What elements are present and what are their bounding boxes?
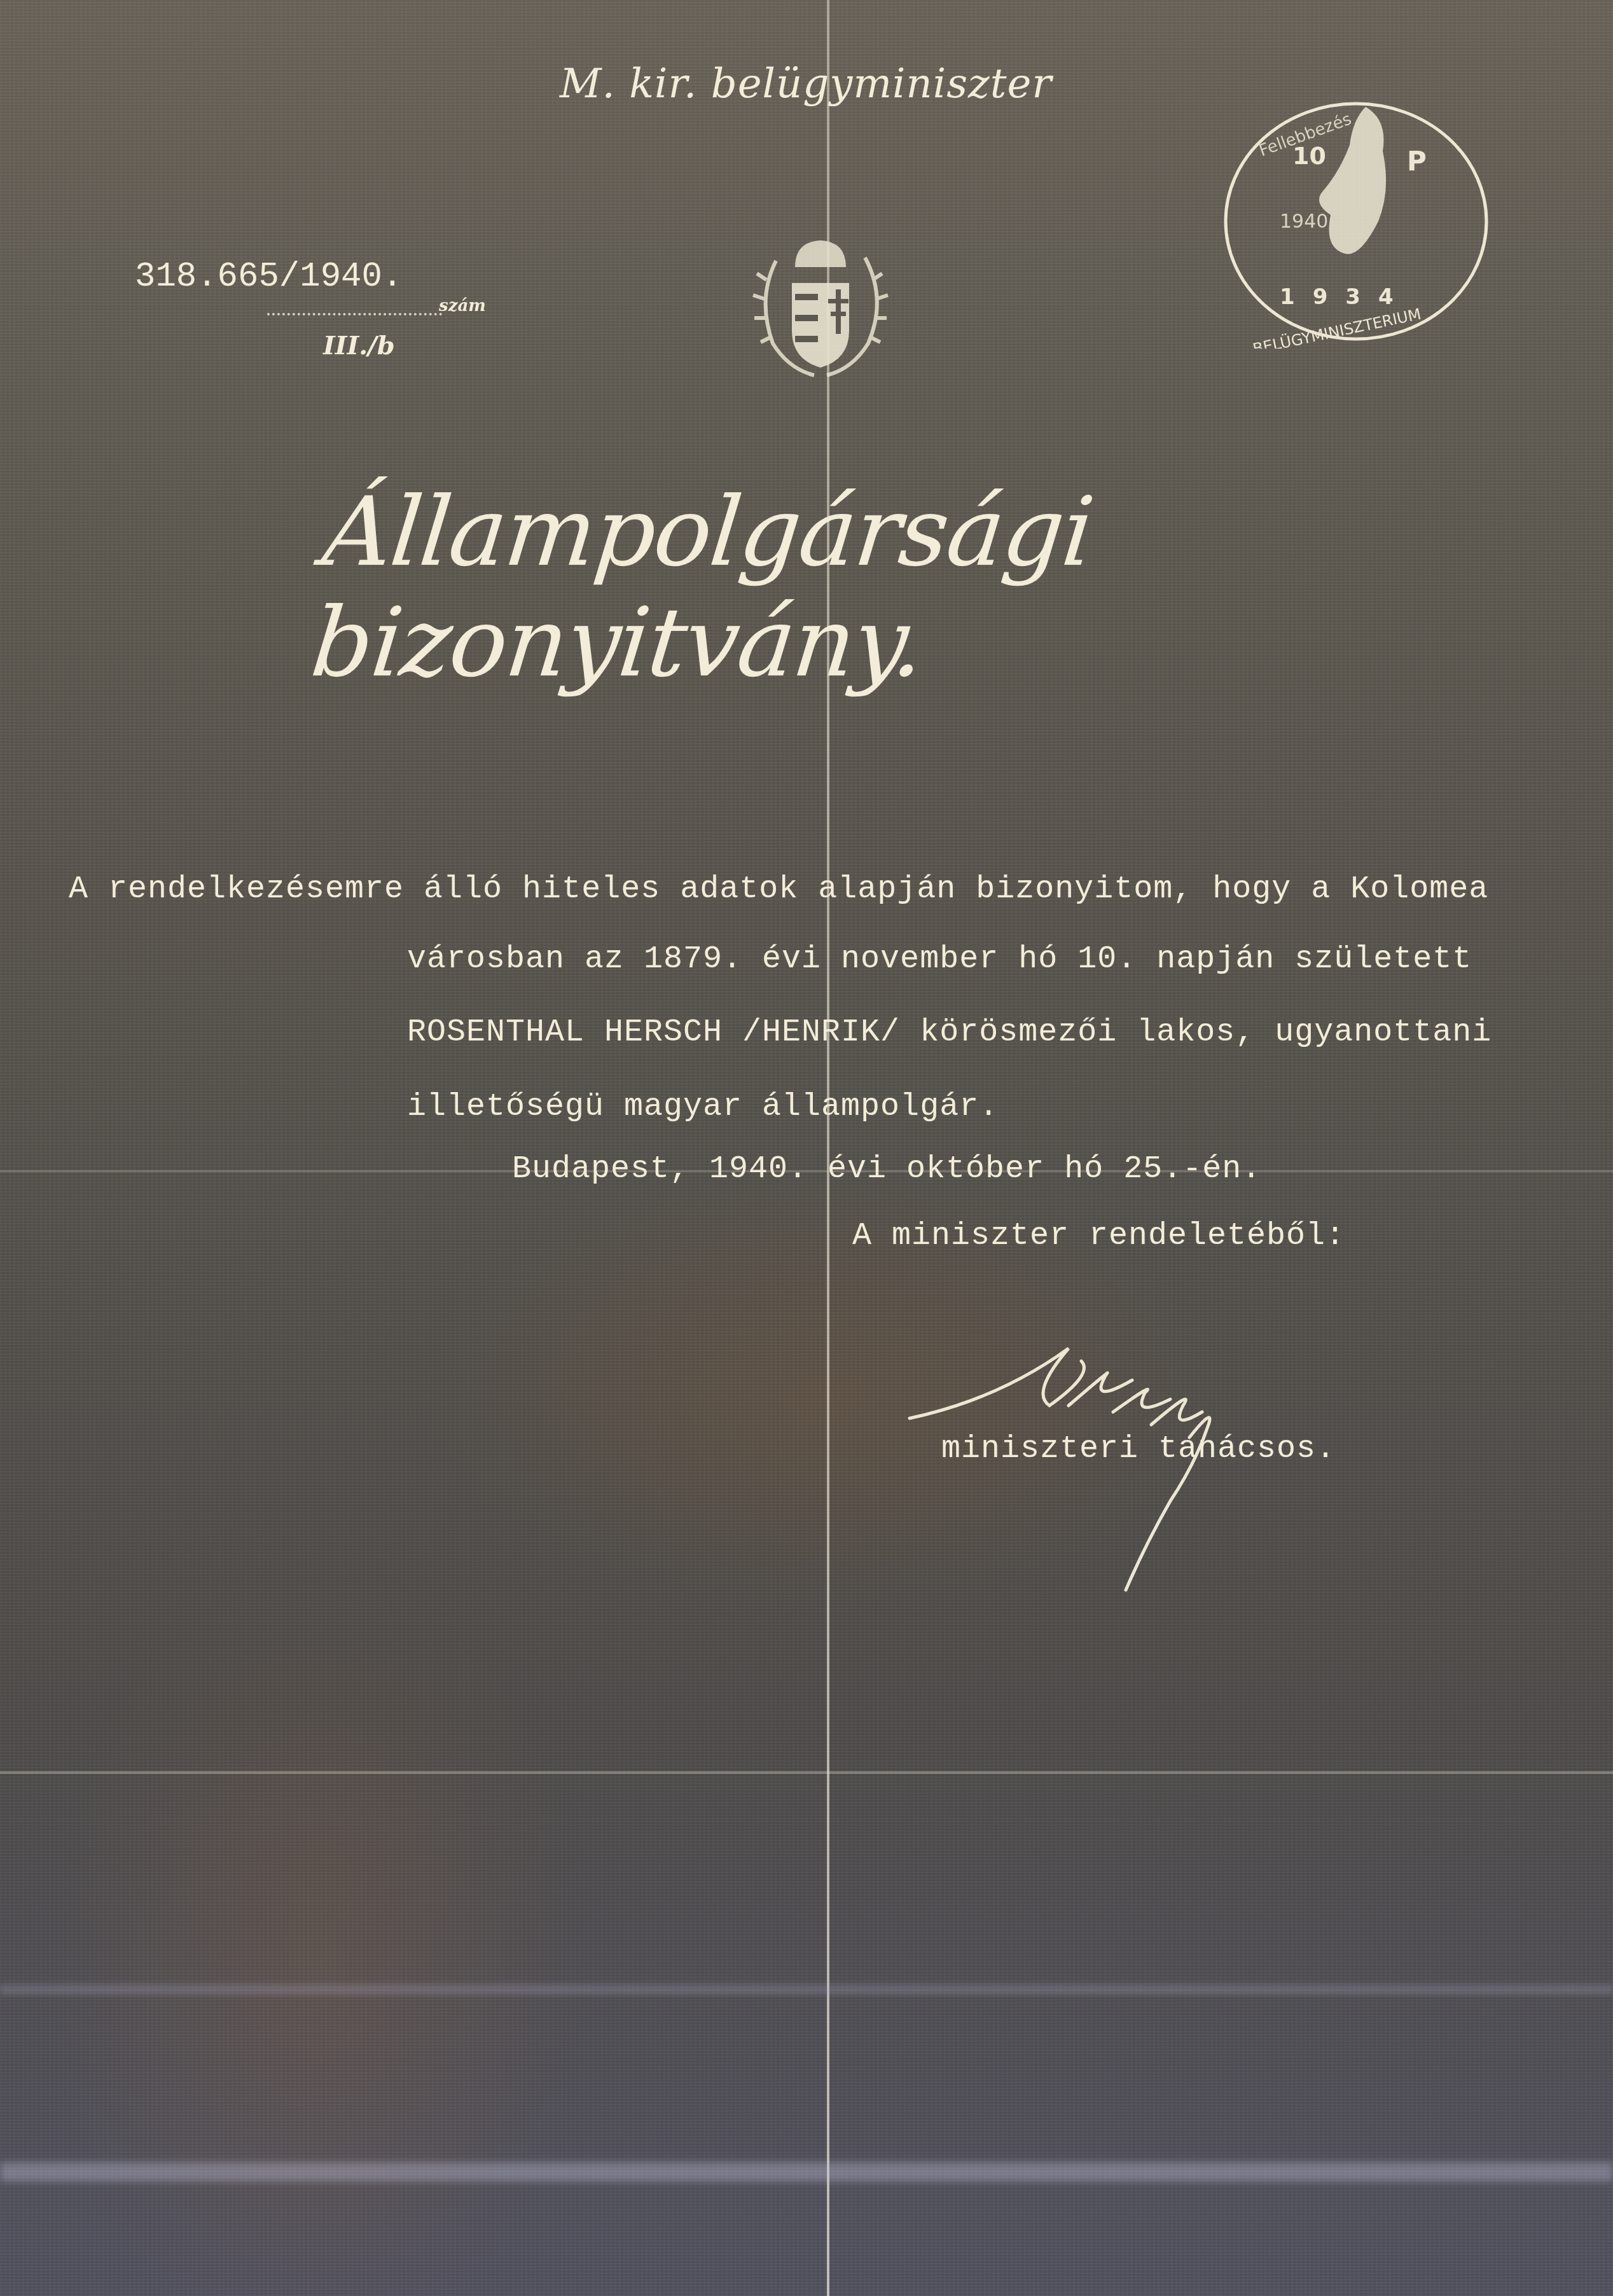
svg-text:P: P (1407, 146, 1427, 177)
authority-line: A miniszter rendeletéből: (852, 1218, 1345, 1254)
svg-text:1940. XI.: 1940. XI. (1280, 211, 1365, 233)
place-date-line: Budapest, 1940. évi október hó 25.-én. (512, 1151, 1261, 1187)
light-reflection (0, 2162, 1613, 2182)
svg-text:BELÜGYMINISZTERIUM: BELÜGYMINISZTERIUM (1251, 305, 1423, 349)
body-text-line: ROSENTHAL HERSCH /HENRIK/ körösmezői lak… (407, 1014, 1492, 1051)
reference-dotted-line (267, 313, 442, 315)
reference-department: III./b (323, 331, 395, 361)
signatory-title: miniszteri tanácsos. (941, 1431, 1336, 1467)
body-text-line: városban az 1879. évi november hó 10. na… (407, 941, 1472, 978)
revenue-stamp: 10 P 1940. XI. 1934 Fellebbezés BELÜGYMI… (1216, 94, 1496, 349)
light-reflection (0, 1984, 1613, 1995)
reference-label: szám (439, 296, 486, 315)
letterhead: M. kir. belügyminiszter (560, 60, 1052, 107)
reference-number: 318.665/1940. (135, 258, 403, 296)
document-page: M. kir. belügyminiszter 318.665/1940. sz… (0, 0, 1613, 2296)
body-text-line: A rendelkezésemre álló hiteles adatok al… (69, 871, 1488, 908)
document-title: Állampolgársági bizonyitvány. (307, 477, 1348, 698)
horizontal-fold-line (0, 1771, 1613, 1774)
hungarian-coat-of-arms-icon (738, 223, 903, 388)
svg-text:1934: 1934 (1280, 284, 1411, 310)
body-text-line: illetőségü magyar állampolgár. (407, 1089, 999, 1125)
